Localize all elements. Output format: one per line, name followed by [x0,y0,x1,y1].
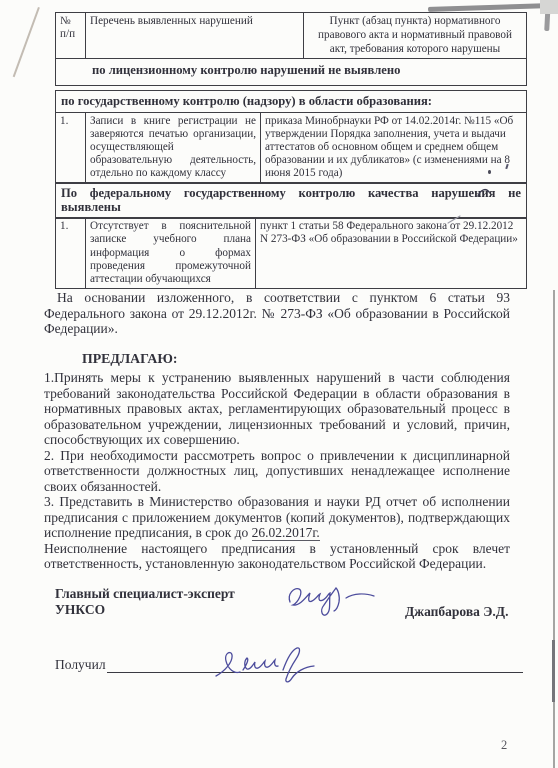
paragraph-item-1: 1.Принять меры к устранению выявленных н… [44,370,510,448]
header-cell-act: Пункт (абзац пункта) нормативного правов… [304,13,526,58]
table-row: 1. Отсутствует в пояснительной записке у… [55,217,527,289]
signer-role-line2: УНКСО [55,602,235,618]
row-violation: Записи в книге регистрации не заверяются… [86,113,261,183]
signer-name: Джапбарова Э.Д. [405,604,508,620]
paragraph-item-3: 3. Представить в Министерство образовани… [44,494,510,541]
violations-table: № п/п Перечень выявленных нарушений Пунк… [55,12,527,289]
paragraph-basis: На основании изложенного, в соответствии… [44,290,510,337]
scanned-document-page: № п/п Перечень выявленных нарушений Пунк… [0,0,558,768]
table-header-row: № п/п Перечень выявленных нарушений Пунк… [55,12,527,59]
section-license-control: по лицензионному контролю нарушений не в… [55,58,527,86]
scan-edge-line [552,640,555,702]
page-fold-shadow [428,3,550,11]
row-number: 1. [56,113,86,183]
section-state-control: по государственному контролю (надзору) в… [55,90,527,113]
paragraph-enforcement: Неисполнение настоящего предписания в ус… [44,541,510,572]
section-federal-control: По федеральному государственному контрол… [55,182,527,218]
expert-signature [283,580,378,620]
signer-role-line1: Главный специалист-эксперт [55,586,235,602]
signer-role: Главный специалист-эксперт УНКСО [55,586,235,617]
row-act: пункт 1 статьи 58 Федерального закона от… [256,218,526,288]
page-corner-shadow [540,0,558,14]
received-signature [213,644,325,686]
table-row: 1. Записи в книге регистрации не заверяю… [55,112,527,184]
received-label: Получил [55,657,106,673]
scan-line-artifact [13,7,40,77]
row-act: приказа Минобрнауки РФ от 14.02.2014г. №… [261,113,526,183]
propose-heading: ПРЕДЛАГАЮ: [82,351,510,367]
row-violation: Отсутствует в пояснительной записке учеб… [86,218,256,288]
paragraph-item-2: 2. При необходимости рассмотреть вопрос … [44,448,510,495]
page-number: 2 [501,738,507,753]
header-cell-number: № п/п [56,13,86,58]
header-cell-violations: Перечень выявленных нарушений [86,13,304,58]
deadline-date: 26.02.2017г. [252,525,320,541]
pen-mark [447,215,462,224]
pen-mark [477,187,491,198]
row-number: 1. [56,218,86,288]
document-body: На основании изложенного, в соответствии… [44,290,510,572]
